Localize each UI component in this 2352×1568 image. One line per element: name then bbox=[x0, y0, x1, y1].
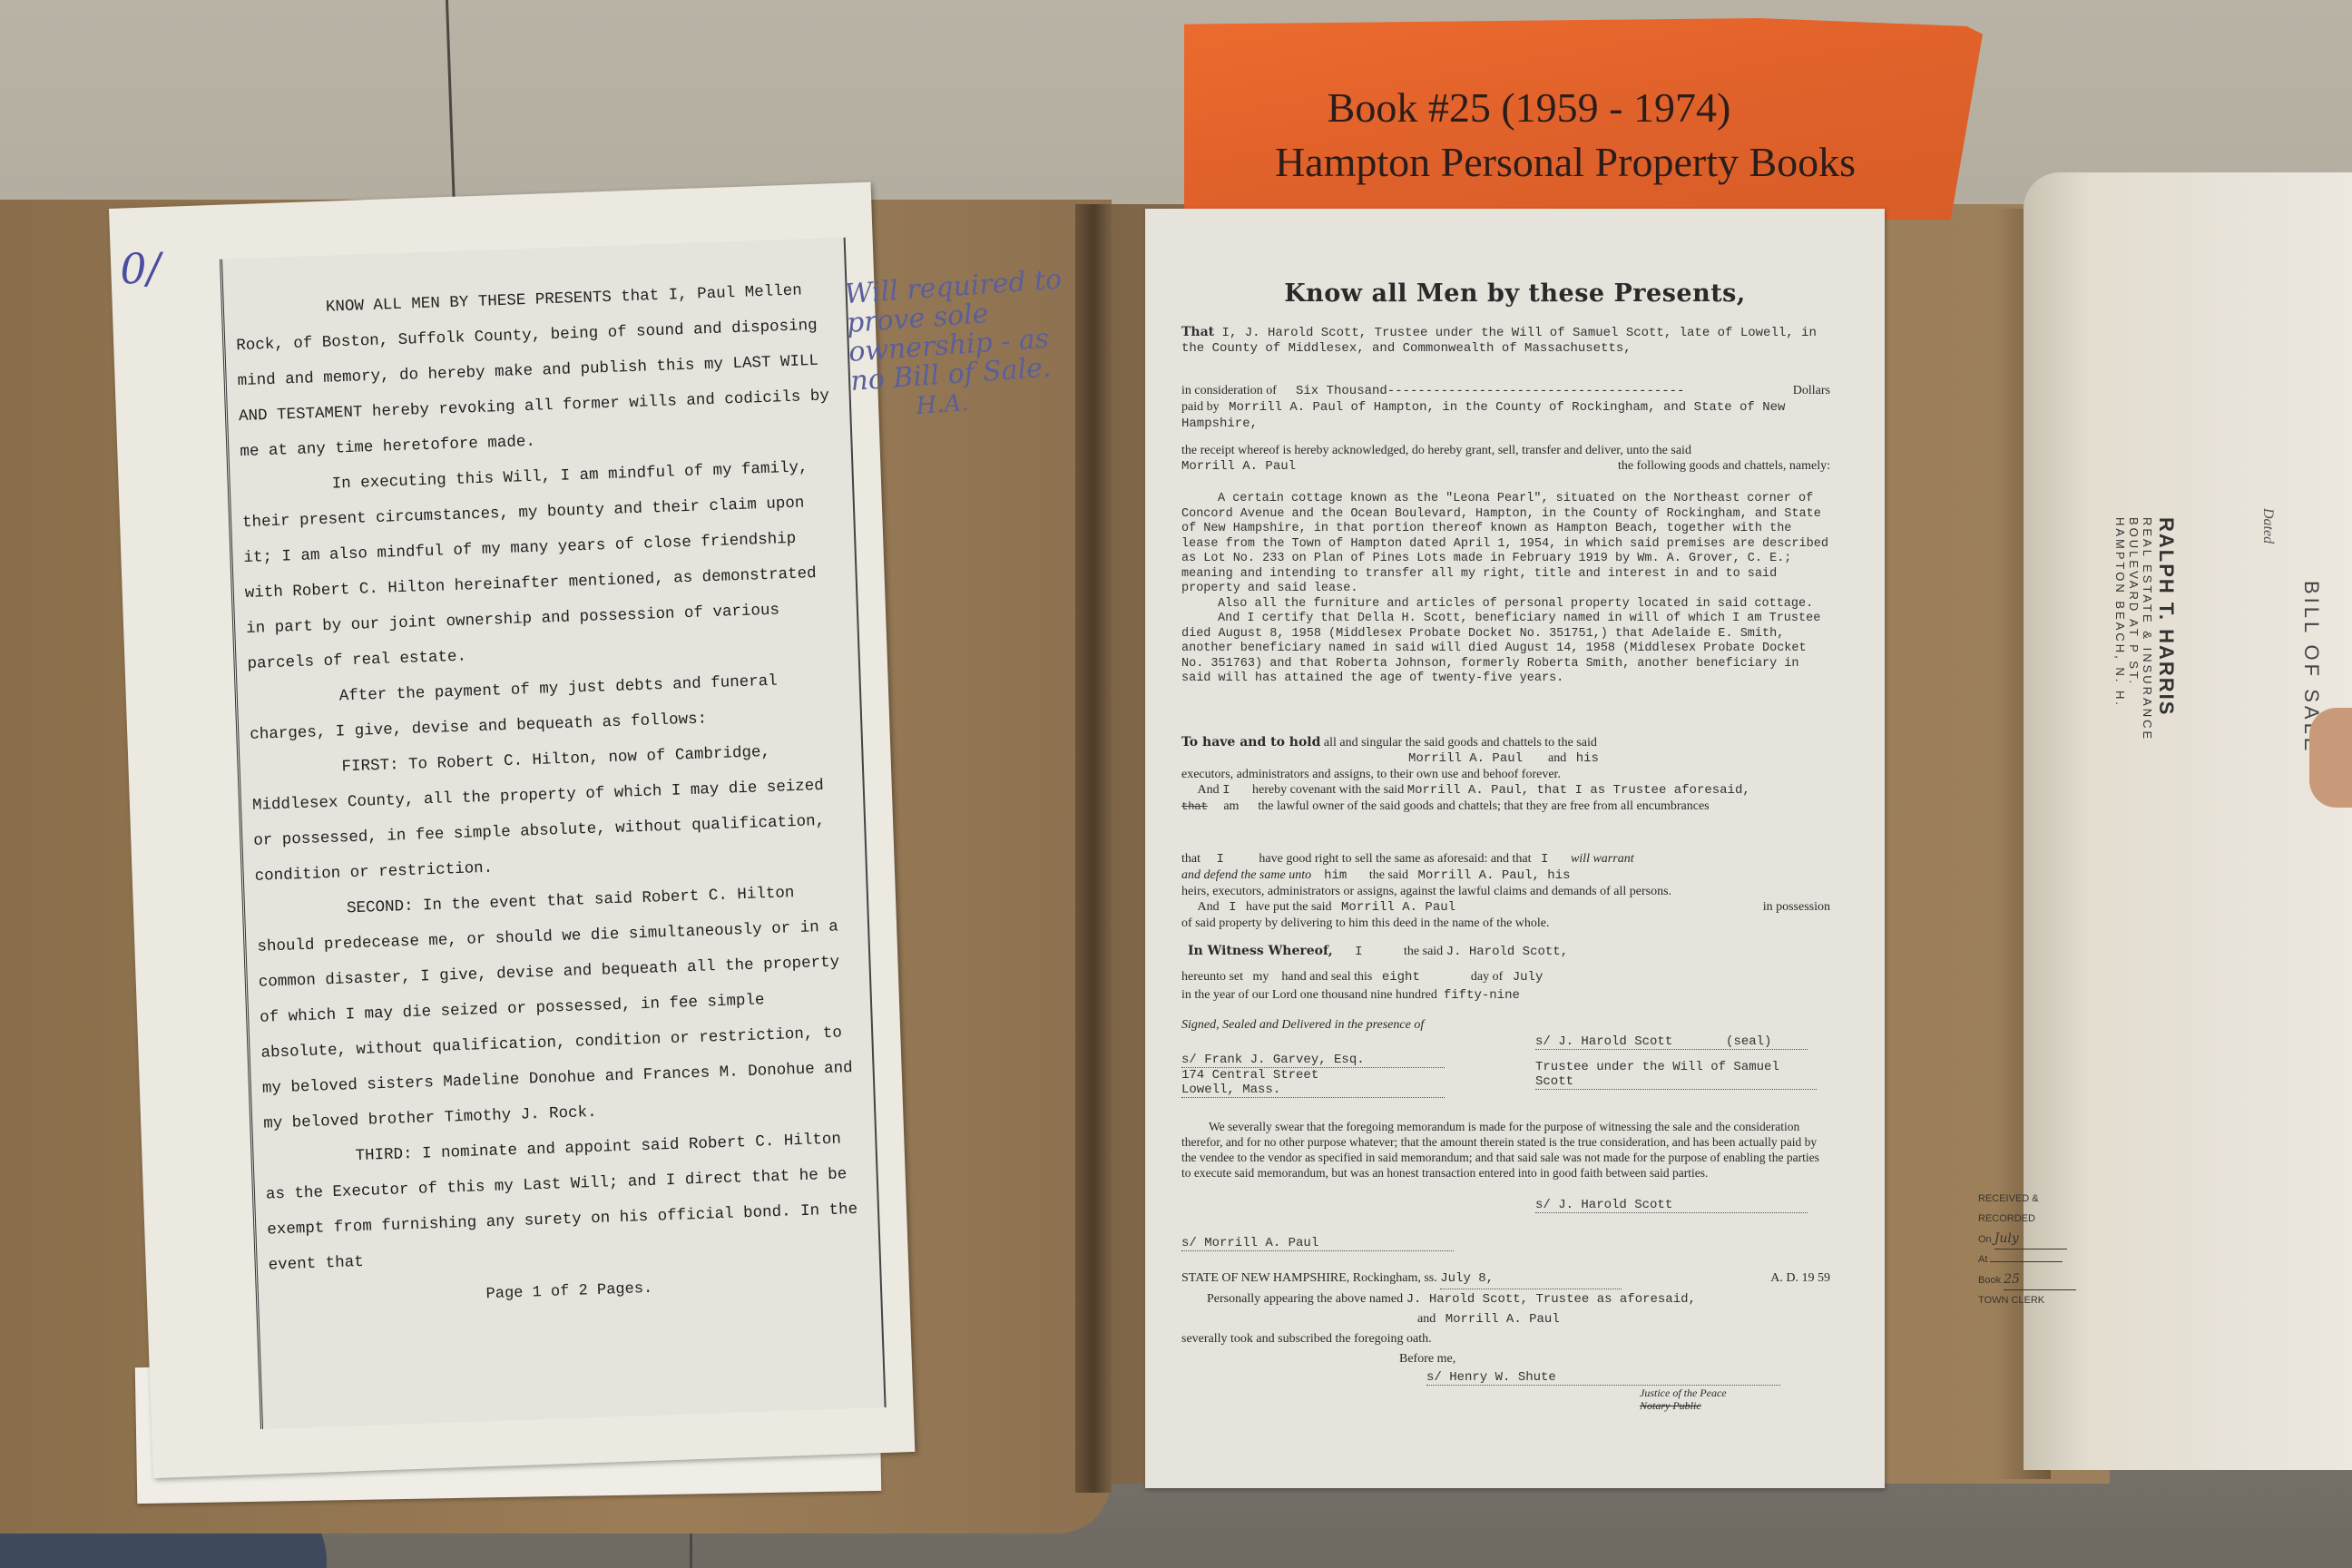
will-body: KNOW ALL MEN BY THESE PRESENTS that I, P… bbox=[220, 238, 887, 1429]
deed-acknowledgment: STATE OF NEW HAMPSHIRE, Rockingham, ss. … bbox=[1181, 1269, 1830, 1369]
realtor-imprint: RALPH T. HARRIS REAL ESTATE & INSURANCE … bbox=[2113, 517, 2178, 741]
will-paragraph: FIRST: To Robert C. Hilton, now of Cambr… bbox=[250, 732, 853, 895]
will-paragraph: KNOW ALL MEN BY THESE PRESENTS that I, P… bbox=[234, 272, 838, 470]
handwritten-note-text: Will required to prove sole ownership - … bbox=[844, 264, 1063, 397]
finger bbox=[2309, 708, 2352, 808]
will-paragraph: THIRD: I nominate and appoint said Rober… bbox=[264, 1122, 867, 1284]
book-label: Book #25 (1959 - 1974) Hampton Personal … bbox=[1184, 18, 1983, 220]
will-document: 0/ KNOW ALL MEN BY THESE PRESENTS that I… bbox=[109, 182, 915, 1478]
deed-oath: We severally swear that the foregoing me… bbox=[1181, 1119, 1830, 1181]
oath-signature-buyer: s/ Morrill A. Paul bbox=[1181, 1236, 1830, 1251]
justice-title: Justice of the Peace Notary Public bbox=[1640, 1387, 1830, 1412]
grantor-signature: s/ J. Harold Scott (seal) bbox=[1535, 1034, 1848, 1050]
deed-grantor: That I, J. Harold Scott, Trustee under t… bbox=[1181, 325, 1830, 357]
dated-label: Dated bbox=[2259, 508, 2276, 544]
deed-witness: In Witness Whereof, I the said J. Harold… bbox=[1181, 942, 1830, 1004]
bill-of-sale-document: Know all Men by these Presents, That I, … bbox=[1145, 209, 1885, 1488]
deed-habendum: To have and to hold all and singular the… bbox=[1181, 735, 1830, 815]
will-paragraph: SECOND: In the event that said Robert C.… bbox=[255, 874, 861, 1142]
margin-mark: 0/ bbox=[119, 243, 162, 294]
deed-receipt: the receipt whereof is hereby acknowledg… bbox=[1181, 443, 1830, 475]
handwritten-note: Will required to prove sole ownership - … bbox=[844, 264, 1090, 426]
deed-warranty: that I have good right to sell the same … bbox=[1181, 851, 1830, 931]
justice-signature: s/ Henry W. Shute bbox=[1426, 1370, 1830, 1386]
recording-stamp: RECEIVED & RECORDED On July At Book 25 T… bbox=[1978, 1189, 2096, 1325]
witness-signature: s/ Frank J. Garvey, Esq. 174 Central Str… bbox=[1181, 1053, 1454, 1098]
table-seam bbox=[446, 0, 456, 209]
oath-signature-seller: s/ J. Harold Scott bbox=[1535, 1198, 1830, 1213]
deed-description: A certain cottage known as the "Leona Pe… bbox=[1181, 492, 1830, 687]
deed-consideration: in consideration of Six Thousand--------… bbox=[1181, 383, 1830, 432]
book-label-title: Book #25 (1959 - 1974) bbox=[1184, 83, 1983, 132]
deed-signed-sealed: Signed, Sealed and Delivered in the pres… bbox=[1181, 1018, 1830, 1033]
will-paragraph: In executing this Will, I am mindful of … bbox=[240, 449, 846, 682]
deed-title: Know all Men by these Presents, bbox=[1145, 279, 1885, 308]
book-label-subtitle: Hampton Personal Property Books bbox=[1184, 138, 1983, 186]
grantor-title: Trustee under the Will of Samuel Scott bbox=[1535, 1060, 1848, 1090]
